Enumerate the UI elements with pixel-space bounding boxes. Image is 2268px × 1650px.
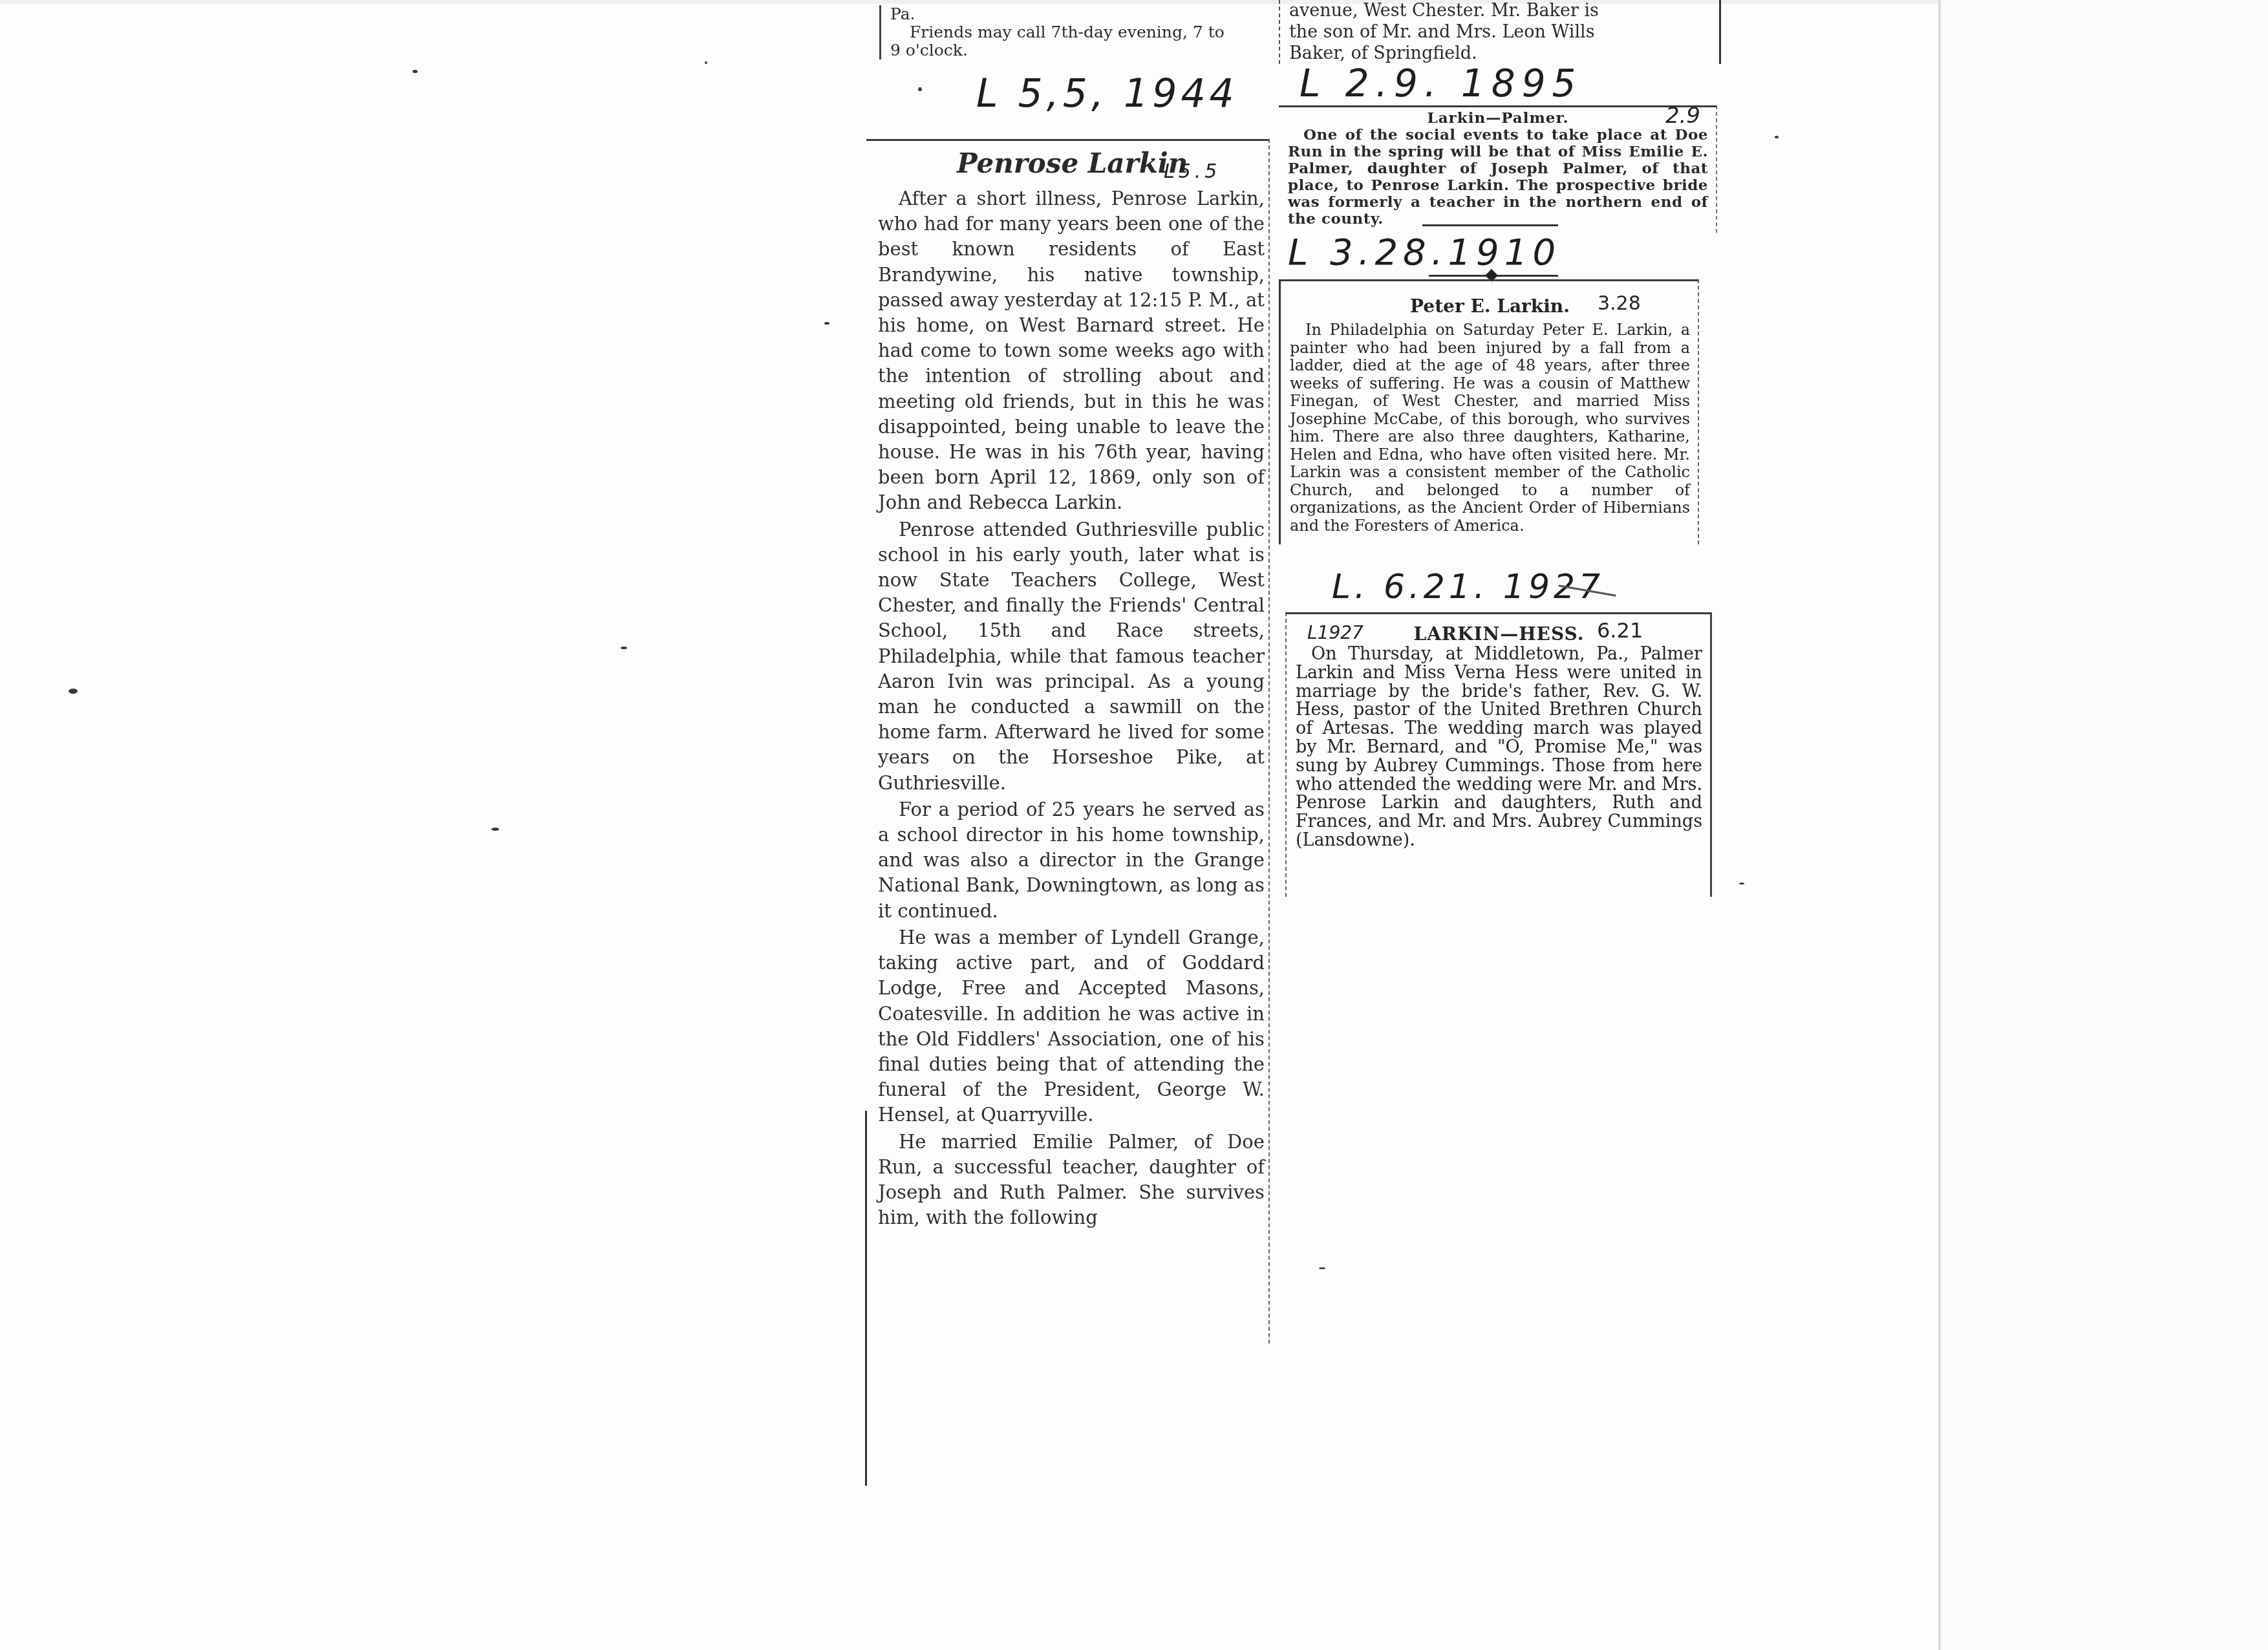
- clipping-paragraph: On Thursday, at Middletown, Pa., Palmer …: [1296, 645, 1702, 850]
- handwritten-note: 6.21: [1597, 622, 1643, 639]
- scan-speck: [621, 647, 627, 649]
- clipping-peter-e-larkin: 3.28 Peter E. Larkin. In Philadelphia on…: [1279, 279, 1699, 544]
- fragment-line: avenue, West Chester. Mr. Baker is: [1289, 0, 1719, 21]
- fragment-line: 9 o'clock.: [890, 41, 1278, 59]
- handwritten-date-1895: L 2.9. 1895: [1300, 61, 1582, 105]
- fragment-line: the son of Mr. and Mrs. Leon Wills: [1289, 21, 1719, 43]
- clipping-title: Larkin—Palmer.: [1288, 110, 1708, 127]
- obituary-paragraph: After a short illness, Penrose Larkin, w…: [878, 186, 1265, 516]
- scan-speck: [1775, 136, 1779, 138]
- handwritten-note: L5.5: [1164, 160, 1221, 183]
- obituary-body: After a short illness, Penrose Larkin, w…: [878, 186, 1265, 1230]
- scan-speck: [705, 61, 707, 64]
- scan-speck: [1319, 1267, 1325, 1269]
- clipping-body: On Thursday, at Middletown, Pa., Palmer …: [1296, 645, 1702, 850]
- obituary-paragraph: For a period of 25 years he served as a …: [878, 797, 1265, 924]
- fragment-line: Pa.: [890, 5, 1278, 23]
- clipping-paragraph: In Philadelphia on Saturday Peter E. Lar…: [1290, 321, 1690, 535]
- scan-speck: [824, 322, 829, 325]
- handwritten-note: L1927: [1307, 625, 1364, 641]
- scan-speck: [412, 70, 418, 73]
- obituary-paragraph: He married Emilie Palmer, of Doe Run, a …: [878, 1130, 1265, 1231]
- scan-speck: [1739, 883, 1744, 884]
- obituary-title: Penrose Larkin: [957, 147, 1188, 179]
- scan-speck: [69, 689, 78, 694]
- right-top-fragment: avenue, West Chester. Mr. Baker is the s…: [1279, 0, 1721, 64]
- handwritten-date-1910: L 3.28.1910: [1288, 231, 1561, 273]
- obituary-penrose-larkin: Penrose Larkin L5.5 After a short illnes…: [866, 139, 1270, 1344]
- clipping-larkin-hess: L1927 6.21 LARKIN—HESS. On Thursday, at …: [1285, 612, 1712, 897]
- scan-speck: [491, 828, 499, 831]
- clipping-larkin-palmer: 2.9 Larkin—Palmer. One of the social eve…: [1279, 105, 1717, 233]
- handwritten-date-1944: L 5,5, 1944: [976, 71, 1238, 116]
- obituary-paragraph: Penrose attended Guthriesville public sc…: [878, 517, 1265, 796]
- column-divider: [1422, 224, 1558, 226]
- obituary-paragraph: He was a member of Lyndell Grange, takin…: [878, 925, 1265, 1128]
- clipping-paragraph: One of the social events to take place a…: [1288, 127, 1708, 228]
- scan-speck: [918, 87, 922, 91]
- left-top-fragment: Pa. Friends may call 7th-day evening, 7 …: [879, 5, 1278, 59]
- handwritten-note: 2.9: [1665, 107, 1700, 124]
- fragment-line: Friends may call 7th-day evening, 7 to: [890, 23, 1278, 41]
- clipping-body: One of the social events to take place a…: [1288, 127, 1708, 228]
- clipping-body: In Philadelphia on Saturday Peter E. Lar…: [1290, 321, 1690, 535]
- handwritten-note: 3.28: [1598, 295, 1641, 312]
- column-rule: [865, 1111, 867, 1486]
